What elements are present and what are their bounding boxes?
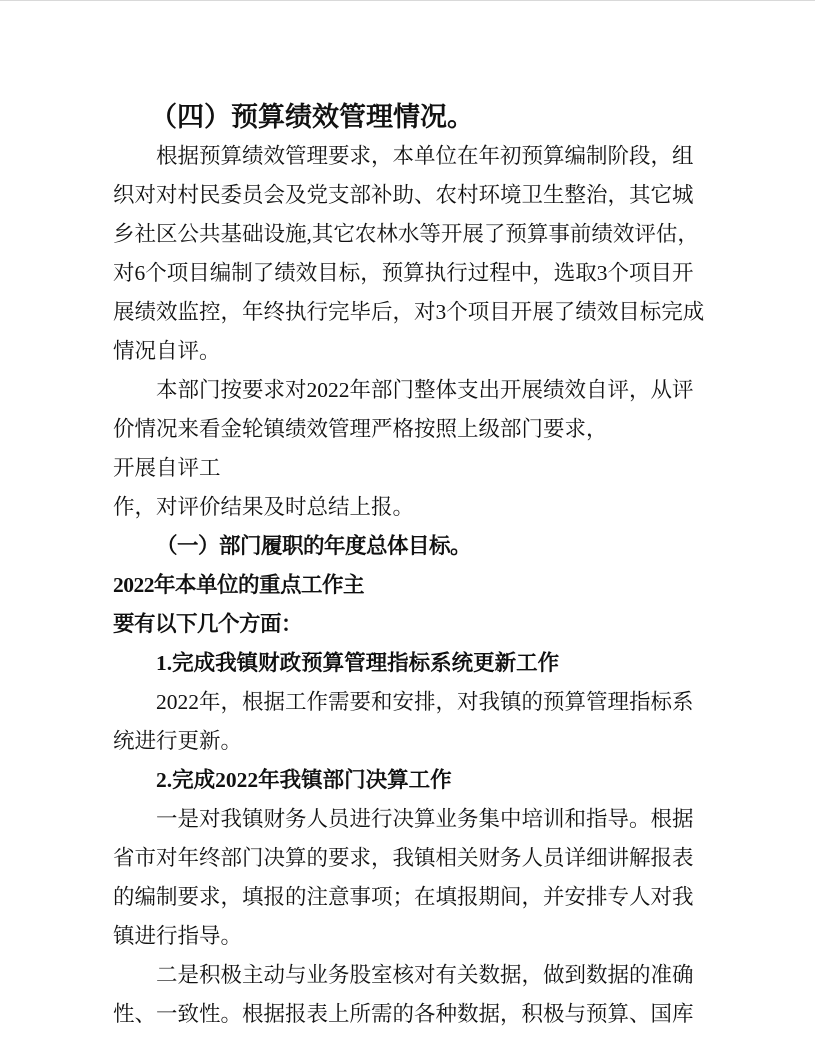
heading-task-2-final-accounts: 2.完成2022年我镇部门决算工作 [113, 761, 713, 800]
paragraph-indicator-system-update: 2022年，根据工作需要和安排，对我镇的预算管理指标系 统进行更新。 [113, 683, 713, 761]
heading-task-1-indicator-system-update: 1.完成我镇财政预算管理指标系统更新工作 [113, 644, 713, 683]
document-page: （四）预算绩效管理情况。 根据预算绩效管理要求，本单位在年初预算编制阶段，组 织… [0, 0, 815, 1055]
heading-annual-overall-goals: （一）部门履职的年度总体目标。2022年本单位的重点工作主 要有以下几个方面： [113, 527, 713, 644]
document-content: （四）预算绩效管理情况。 根据预算绩效管理要求，本单位在年初预算编制阶段，组 织… [113, 98, 713, 1034]
paragraph-pre-performance-evaluation: 根据预算绩效管理要求，本单位在年初预算编制阶段，组 织对对村民委员会及党支部补助… [113, 137, 713, 371]
paragraph-final-accounts-training: 一是对我镇财务人员进行决算业务集中培训和指导。根据 省市对年终部门决算的要求，我… [113, 800, 713, 956]
paragraph-data-verification: 二是积极主动与业务股室核对有关数据，做到数据的准确 性、一致性。根据报表上所需的… [113, 956, 713, 1034]
paragraph-self-evaluation: 本部门按要求对2022年部门整体支出开展绩效自评，从评 价情况来看金轮镇绩效管理… [113, 371, 713, 527]
heading-budget-performance-management: （四）预算绩效管理情况。 [113, 98, 713, 137]
